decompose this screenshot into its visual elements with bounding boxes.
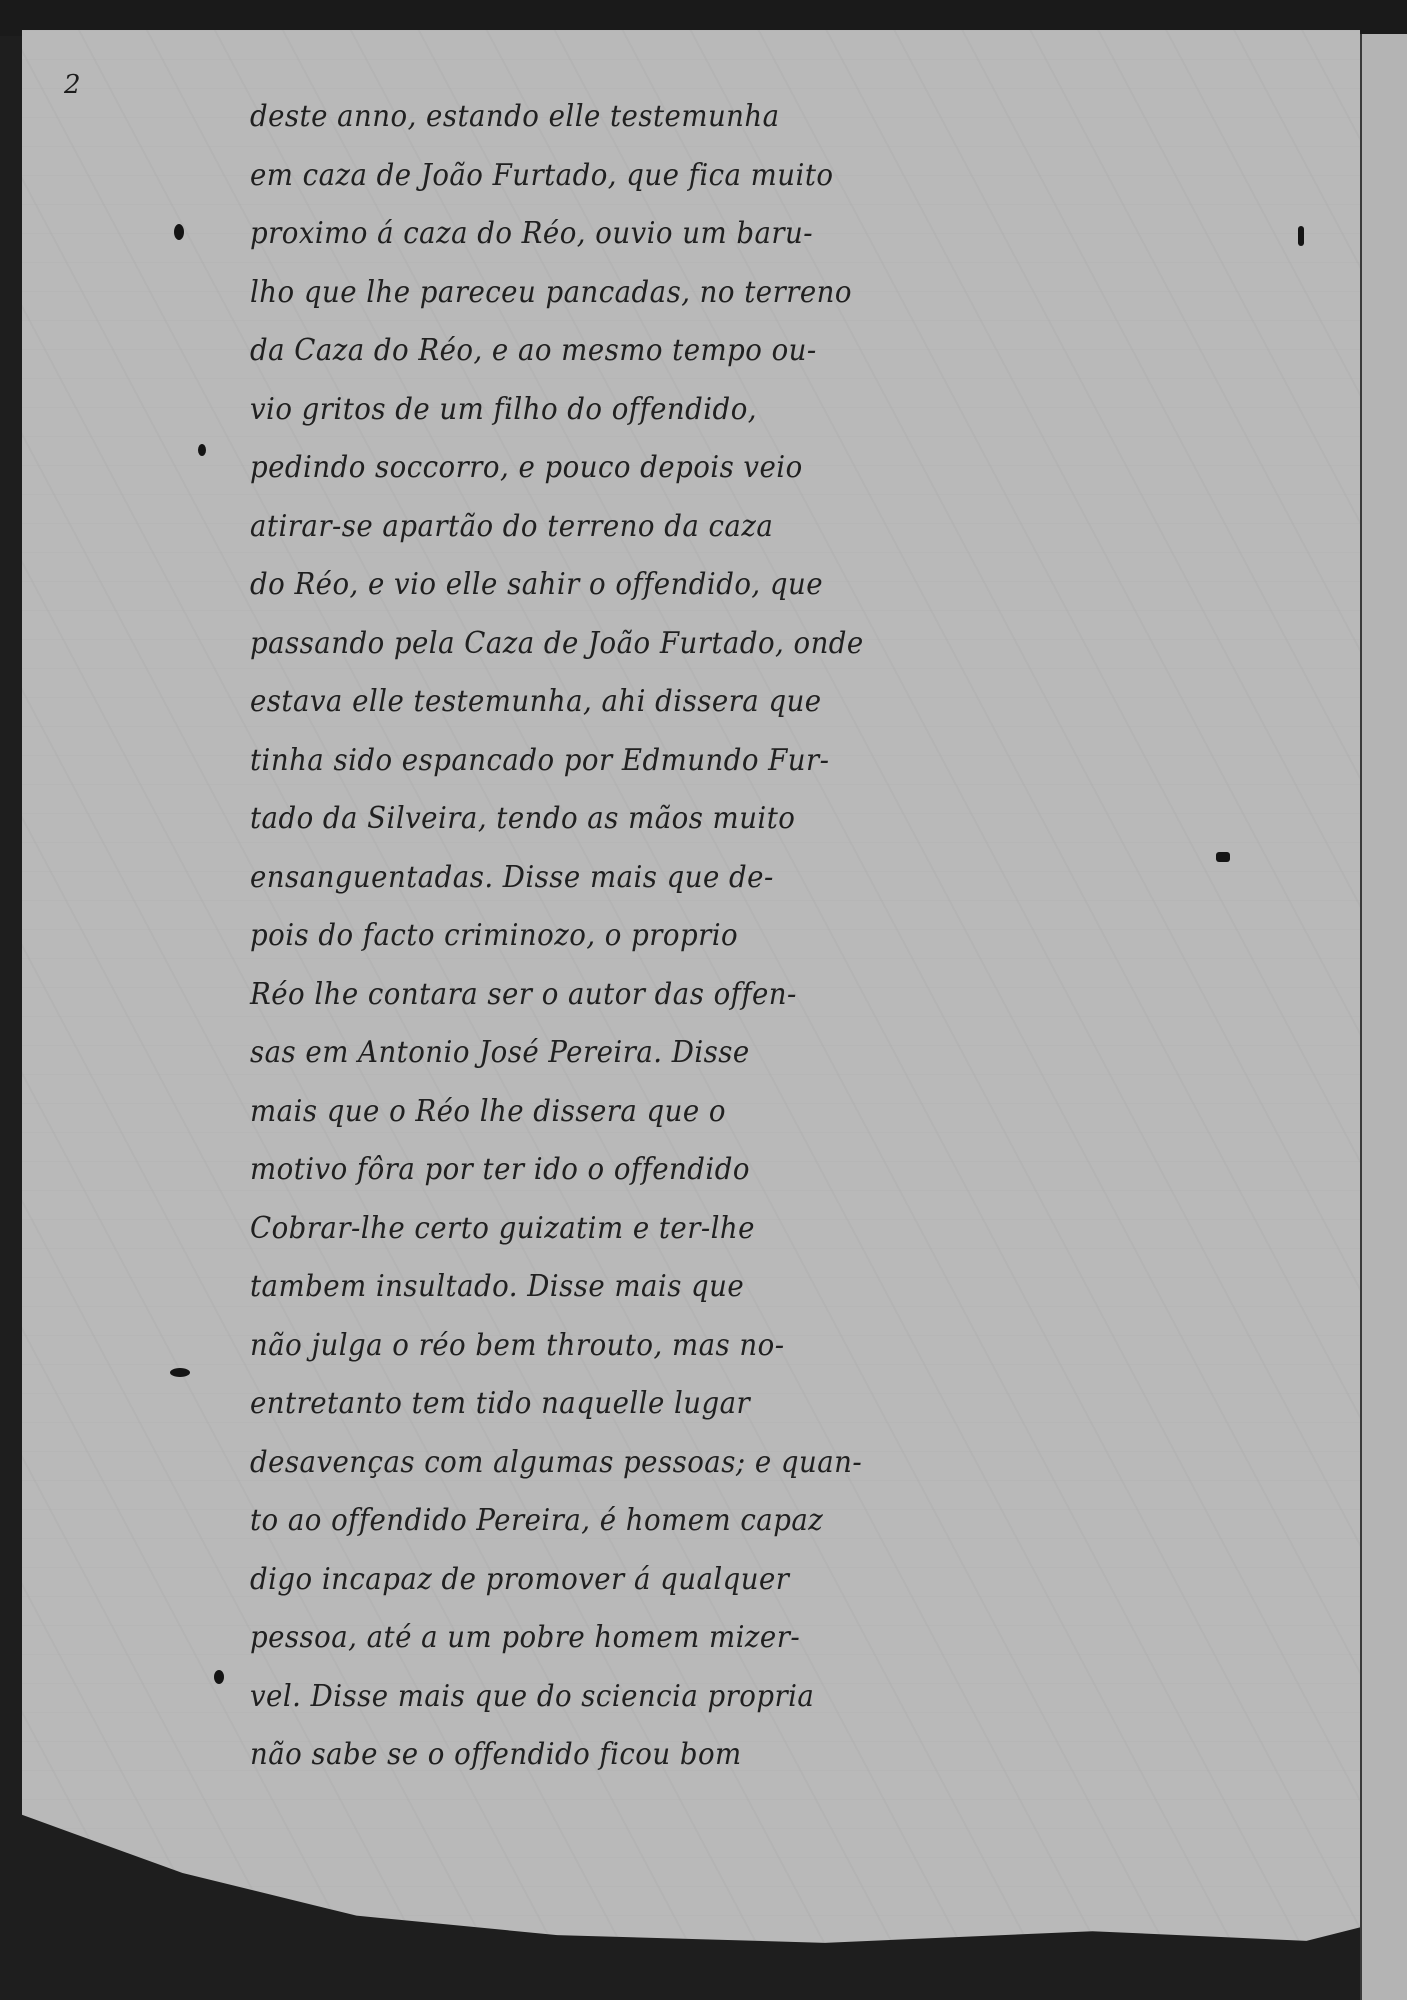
text-line: da Caza do Réo, e ao mesmo tempo ou-	[250, 322, 1078, 381]
text-line: proximo á caza do Réo, ouvio um baru-	[250, 205, 1078, 264]
text-line: em caza de João Furtado, que fica muito	[250, 147, 1078, 206]
ink-dot-mark	[174, 224, 184, 240]
text-line: desavenças com algumas pessoas; e quan-	[250, 1434, 1078, 1493]
text-line: entretanto tem tido naquelle lugar	[250, 1375, 1078, 1434]
text-line: vel. Disse mais que do sciencia propria	[250, 1668, 1078, 1727]
ink-dot-mark	[1216, 852, 1230, 862]
text-line: sas em Antonio José Pereira. Disse	[250, 1024, 1078, 1083]
text-line: pedindo soccorro, e pouco depois veio	[250, 439, 1078, 498]
text-line: motivo fôra por ter ido o offendido	[250, 1141, 1078, 1200]
page-number: 2	[64, 70, 81, 100]
text-line: vio gritos de um filho do offendido,	[250, 381, 1078, 440]
text-line: digo incapaz de promover á qualquer	[250, 1551, 1078, 1610]
text-line: Cobrar-lhe certo guizatim e ter-lhe	[250, 1200, 1078, 1259]
ink-dot-mark	[170, 1368, 190, 1377]
text-line: to ao offendido Pereira, é homem capaz	[250, 1492, 1078, 1551]
text-line: Réo lhe contara ser o autor das offen-	[250, 966, 1078, 1025]
adjacent-page-strip	[1362, 34, 1407, 2000]
text-line: mais que o Réo lhe dissera que o	[250, 1083, 1078, 1142]
text-line: tinha sido espancado por Edmundo Fur-	[250, 732, 1078, 791]
text-line: atirar-se apartão do terreno da caza	[250, 498, 1078, 557]
text-line: tado da Silveira, tendo as mãos muito	[250, 790, 1078, 849]
ink-dot-mark	[1298, 226, 1304, 246]
text-line: ensanguentadas. Disse mais que de-	[250, 849, 1078, 908]
ink-dot-mark	[214, 1670, 224, 1684]
text-line: pessoa, até a um pobre homem mizer-	[250, 1609, 1078, 1668]
text-line: não sabe se o offendido ficou bom	[250, 1726, 1078, 1785]
text-line: pois do facto criminozo, o proprio	[250, 907, 1078, 966]
text-line: passando pela Caza de João Furtado, onde	[250, 615, 1078, 674]
text-line: estava elle testemunha, ahi dissera que	[250, 673, 1078, 732]
text-line: não julga o réo bem throuto, mas no-	[250, 1317, 1078, 1376]
page-edge-divider	[1360, 34, 1362, 2000]
text-line: do Réo, e vio elle sahir o offendido, qu…	[250, 556, 1078, 615]
text-line: tambem insultado. Disse mais que	[250, 1258, 1078, 1317]
text-line: lho que lhe pareceu pancadas, no terreno	[250, 264, 1078, 323]
handwritten-text-block: deste anno, estando elle testemunha em c…	[250, 88, 1150, 1785]
text-line: deste anno, estando elle testemunha	[250, 88, 1078, 147]
ink-dot-mark	[198, 444, 206, 456]
